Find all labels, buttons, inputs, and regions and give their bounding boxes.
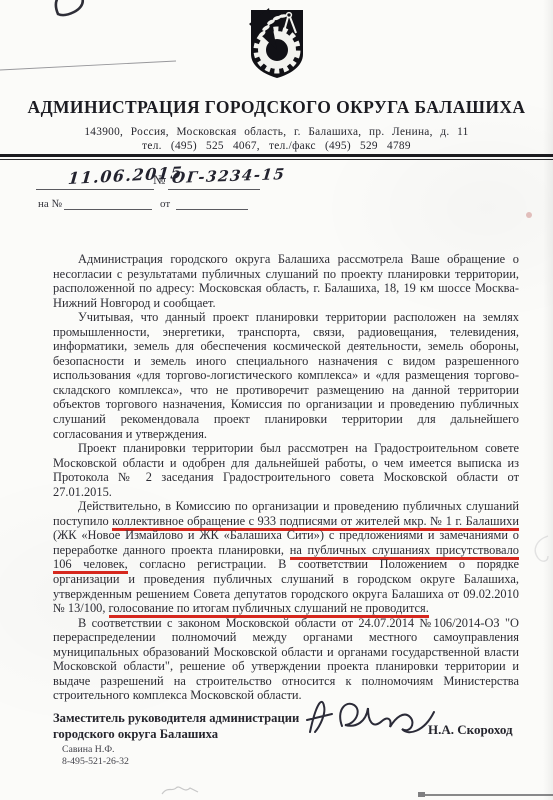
handwritten-date: 11.06.2015 (67, 163, 184, 188)
scan-edge-artifact (418, 794, 553, 796)
scanned-letter-page: АДМИНИСТРАЦИЯ ГОРОДСКОГО ОКРУГА БАЛАШИХА… (0, 0, 553, 800)
signer-name: Н.А. Скороход (428, 722, 513, 738)
signer-title-line1: Заместитель руководителя администрации (53, 710, 299, 726)
letterhead-rule-thin (0, 159, 553, 160)
paragraph-text: В соответствии с законом Московской обла… (53, 616, 519, 703)
scan-swirl-artifact (528, 532, 552, 568)
reply-number-blank-line (64, 209, 152, 210)
body-text: Администрация городского округа Балашиха… (53, 252, 519, 703)
paragraph: Администрация городского округа Балашиха… (53, 252, 519, 310)
paragraph-text: Учитывая, что данный проект планировки т… (53, 310, 519, 440)
date-blank-line (36, 189, 154, 190)
paragraph: Проект планировки территории был рассмот… (53, 441, 519, 499)
fold-line-artifact (0, 60, 180, 74)
scan-scribble-artifact (160, 782, 200, 798)
paragraph-text: Администрация городского округа Балашиха… (53, 252, 519, 310)
org-phone: тел. (495) 525 4067, тел./факс (495) 529… (0, 140, 553, 152)
balashikha-coat-of-arms (247, 8, 307, 80)
signer-title: Заместитель руководителя администрации г… (53, 710, 299, 742)
reply-date-blank-line (176, 209, 248, 210)
signer-title-line2: городского округа Балашиха (53, 726, 299, 742)
number-blank-line (168, 189, 260, 190)
paragraph-text: Проект планировки территории был рассмот… (53, 441, 519, 499)
reply-from-label: от (160, 198, 170, 210)
paragraph: В соответствии с законом Московской обла… (53, 616, 519, 703)
org-name: АДМИНИСТРАЦИЯ ГОРОДСКОГО ОКРУГА БАЛАШИХА (0, 97, 553, 118)
reply-to-number-label: на № (38, 198, 62, 210)
letterhead-rule-thick (0, 154, 553, 157)
executor-name: Савина Н.Ф. (62, 744, 129, 756)
executor-phone: 8-495-521-26-32 (62, 756, 129, 768)
paragraph: Действительно, в Комиссию по организации… (53, 499, 519, 615)
number-sign: № (153, 172, 165, 188)
pen-loop-mark (52, 0, 98, 18)
executor-info: Савина Н.Ф. 8-495-521-26-32 (62, 744, 129, 768)
scan-dot-artifact (526, 212, 532, 218)
handwritten-signature (298, 690, 443, 746)
paragraph: Учитывая, что данный проект планировки т… (53, 310, 519, 441)
handwritten-outgoing-number: ОГ-3234-15 (171, 165, 286, 187)
org-address: 143900, Россия, Московская область, г. Б… (0, 126, 553, 138)
